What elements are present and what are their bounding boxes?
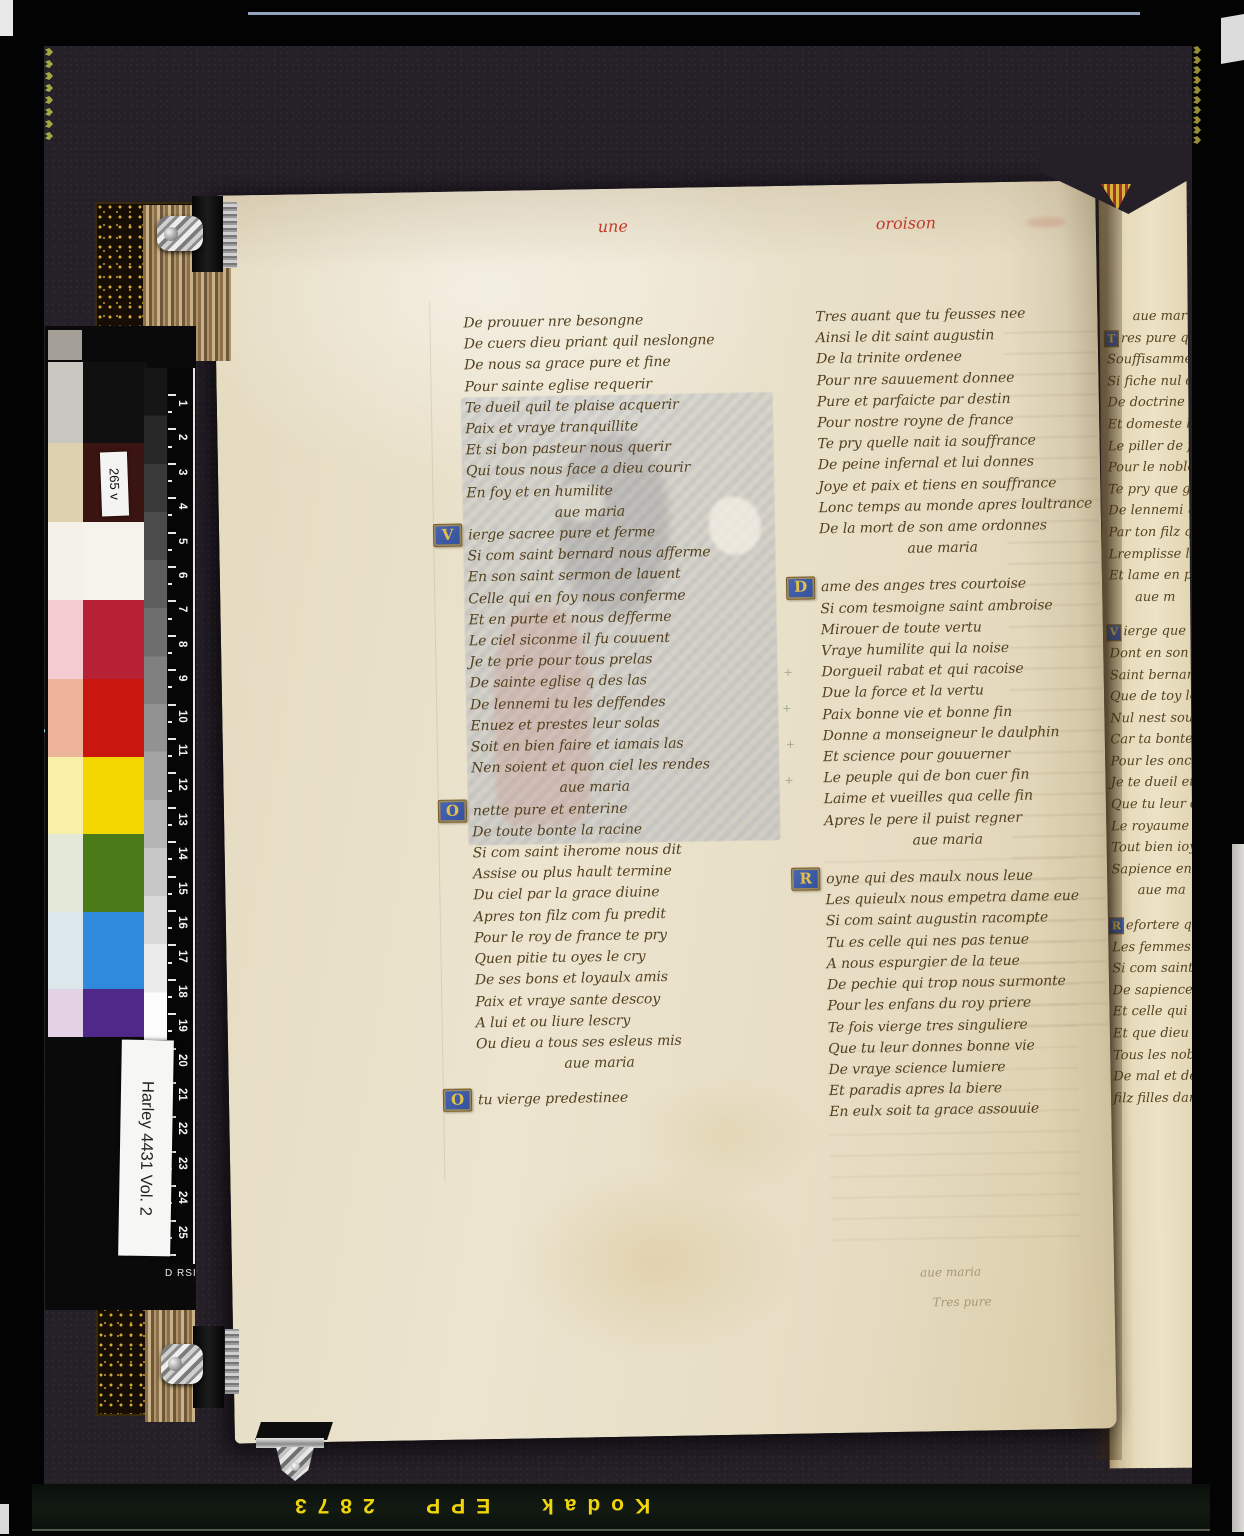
clip-arm-top [223,202,237,268]
calibration-gray-sliver [48,330,82,360]
catchword: Tres pure [932,1294,991,1309]
illuminated-initial: O [443,1089,472,1113]
stanza: Vierge sacree pure et fermeSi com saint … [467,520,808,801]
color-patch [48,522,83,600]
color-patch [48,757,83,834]
binder-clip-top [157,216,203,251]
ruler-number: 3 [176,469,188,475]
color-patch [48,600,83,679]
illuminated-initial: R [791,867,820,891]
color-patch [83,600,147,679]
ruler-halftick [168,652,172,654]
ruler-number: 2 [176,434,188,440]
calibration-bar: 1234567891011121314151617181920212223242… [45,326,196,1310]
ruler-number: 14 [176,847,188,860]
ruler-number: 25 [176,1226,188,1239]
ruler-tick [168,876,176,878]
ruler-tick [168,463,176,465]
color-patch [83,679,147,757]
color-patch-row [48,362,147,443]
color-patch [83,834,147,912]
color-patch [83,522,147,600]
ruler-halftick [168,583,172,585]
color-patch-row [48,443,147,522]
ruler-number: 6 [176,572,188,578]
ruler-tick [168,910,176,912]
color-patch [48,443,83,522]
color-patch [48,362,83,443]
stanza: Dame des anges tres courtoiseSi com tesm… [820,572,1161,853]
ruler-tick [168,394,176,396]
film-sliver [0,0,13,36]
faint-refrain: aue maria [920,1265,981,1280]
ruler-number: 4 [176,503,188,509]
ruler-tick [168,532,176,534]
color-patch [83,912,147,989]
manuscript-page-265v: une oroison De prouuer nre besongneDe cu… [213,180,1117,1443]
film-sliver [1232,844,1244,1532]
ruler-halftick [168,996,172,998]
ruler-tick [168,600,176,602]
grayscale-ramp [144,368,167,1040]
ruler-number: 5 [176,538,188,544]
margin-mark: + [782,702,791,715]
ruler-halftick [168,1030,172,1032]
ruler-tick [168,497,176,499]
ruler-number: 16 [176,916,188,929]
ruler-tick [168,807,176,809]
running-header-left: une [598,217,628,237]
illuminated-initial: V [433,524,462,548]
ruler-number: 19 [176,1019,188,1032]
ruler-number: 1 [176,400,188,406]
ruler-tick [168,704,176,706]
color-patch [48,834,83,912]
ruler-tick [168,738,176,740]
ruler-tick [168,428,176,430]
verse-column-right: Tres auant que tu feusses neeAinsi le di… [815,301,1165,1123]
ruler-tick [168,841,176,843]
ruler-number: 13 [176,813,188,826]
ruler-halftick [168,446,172,448]
margin-mark: + [786,738,795,751]
color-patch-row [48,757,147,834]
ruler-number: 21 [176,1088,188,1101]
verse-column-left: De prouuer nre besongneDe cuers dieu pri… [463,308,813,1112]
ruler-number: 15 [176,882,188,895]
ruler-tick [168,669,176,671]
film-border-top [0,0,1244,46]
running-header-right: oroison [876,213,937,233]
ruler-halftick [168,480,172,482]
color-patch-row [48,834,147,912]
color-patch [83,989,147,1037]
ruler-halftick [168,411,172,413]
binder-clip-bottom [161,1344,203,1384]
clip-arm-bottom [225,1329,239,1394]
stanza: De prouuer nre besongneDe cuers dieu pri… [463,308,803,526]
film-edge-line [248,12,1140,15]
ruler-number: 9 [176,675,188,681]
folio-number-label: 265 v [100,452,129,517]
calibration-patches [48,362,147,1037]
ruler-halftick [168,962,172,964]
ruler-tick [168,944,176,946]
film-sliver [1221,14,1244,64]
ruler-halftick [168,927,172,929]
ruler-number: 22 [176,1122,188,1135]
ruler-tick [168,1013,176,1015]
color-patch-row [48,679,147,757]
illuminated-initial: D [786,576,815,600]
film-brand-strip: Kodak EPP 2873 [32,1484,1210,1530]
stanza: Tres auant que tu feusses neeAinsi le di… [815,301,1155,561]
ruler-tick [168,979,176,981]
ruler-halftick [168,721,172,723]
ruler-halftick [168,858,172,860]
ruler-number: 8 [176,641,188,647]
ruler-tick [168,772,176,774]
ruler-number: 18 [176,985,188,998]
ruler-tick [168,566,176,568]
margin-mark: + [783,666,792,679]
color-patch-row [48,600,147,679]
color-patch-row [48,912,147,989]
ruler-halftick [168,514,172,516]
illuminated-initial: O [438,799,467,823]
ruler-number: 11 [176,744,188,756]
film-border-left [0,0,44,1536]
ruler-number: 20 [176,1054,188,1067]
color-patch [48,989,83,1037]
ruler-number: 23 [176,1157,188,1170]
ruler-tick [168,635,176,637]
margin-mark: + [784,774,793,787]
clip-bar-bottom-center [256,1438,324,1448]
color-patch [48,912,83,989]
ruler-halftick [168,893,172,895]
ruler-halftick [168,755,172,757]
stanza: Royne qui des maulx nous leueLes quieulx… [825,863,1165,1123]
ruler-number: 24 [176,1191,188,1204]
ruler-halftick [168,686,172,688]
ruler-halftick [168,824,172,826]
ruler-number: 17 [176,950,188,963]
color-patch [83,362,147,443]
ruler-number: 12 [176,778,188,791]
color-patch-row [48,522,147,600]
color-patch-row [48,989,147,1037]
film-sliver [0,1504,9,1534]
ruler-halftick [168,790,172,792]
ruler-halftick [168,549,172,551]
color-patch [48,679,83,757]
color-patch [83,757,147,834]
ruler-footer-label: D RSI [165,1268,205,1279]
stanza: Onette pure et enterineDe toute bonte la… [472,795,813,1076]
film-strip-edge [32,1529,1210,1531]
ruler-number: 10 [176,710,188,723]
ruler-halftick [168,618,172,620]
shelfmark-label: Harley 4431 Vol. 2 [118,1040,174,1257]
film-photograph-frame: aue mariaTres pure quon neSouffisamment … [0,0,1244,1536]
ruler-number: 7 [176,606,188,612]
film-brand-text: Kodak EPP 2873 [284,1493,650,1517]
